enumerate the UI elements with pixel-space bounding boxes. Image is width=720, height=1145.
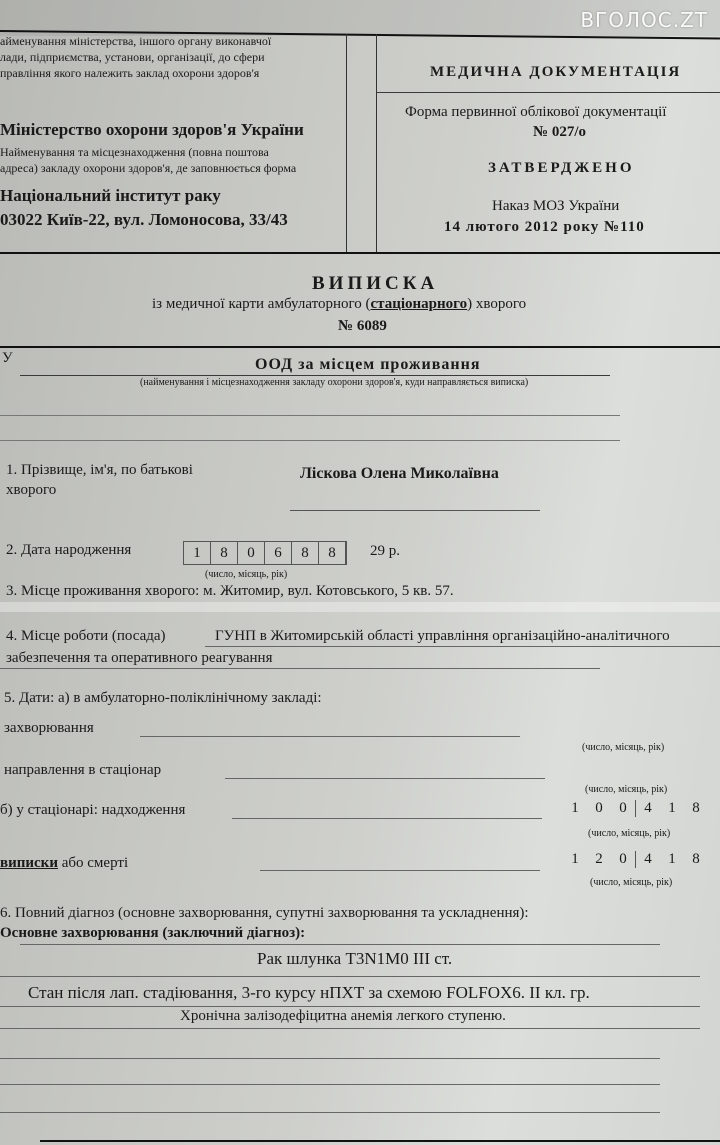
recipient-caption: (найменування і місцезнаходження закладу… [140, 377, 528, 388]
dob-digit: 8 [211, 542, 238, 564]
residence-label: 3. Місце проживання хворого: [6, 583, 199, 599]
form-label: Форма первинної облікової документації [405, 104, 666, 121]
blank-line-4 [0, 1084, 660, 1085]
dob-label-text: 2. Дата народження [6, 542, 131, 558]
header-right-rule [376, 92, 720, 93]
dob-label: 2. Дата народження [6, 542, 131, 559]
ministry-caption-line-3: правління якого належить заклад охорони … [0, 66, 259, 81]
diagnosis-text-1: Рак шлунка T3N1M0 III ст. [257, 949, 452, 969]
medical-documentation-title: МЕДИЧНА ДОКУМЕНТАЦІЯ [430, 64, 681, 81]
discharge-label-bold: виписки [0, 855, 58, 871]
ministry-caption-line-1: айменування міністерства, іншого органу … [0, 34, 271, 49]
illness-caption: (число, місяць, рік) [582, 742, 664, 753]
header-divider-right [376, 34, 377, 254]
discharge-caption: (число, місяць, рік) [590, 877, 672, 888]
admission-digit: 0 [611, 800, 636, 817]
referral-caption: (число, місяць, рік) [585, 784, 667, 795]
dob-digit: 6 [265, 542, 292, 564]
document-subtitle: із медичної карти амбулаторного (стаціон… [152, 296, 526, 313]
work-value-line-2: забезпечення та оперативного реагування [6, 650, 272, 667]
discharge-label-rest: або смерті [58, 855, 128, 871]
patient-age: 29 р. [370, 543, 400, 560]
admission-digit: 0 [587, 800, 611, 817]
diagnosis-line-2 [0, 1006, 700, 1007]
document-number: № 6089 [338, 318, 387, 335]
dob-digit: 8 [319, 542, 346, 564]
paper-fold [0, 602, 720, 612]
discharge-label: виписки або смерті [0, 855, 128, 872]
discharge-digit: 1 [660, 851, 684, 868]
illness-underline [140, 736, 520, 737]
subtitle-inpatient: стаціонарного [371, 296, 468, 312]
referral-label: направлення в стаціонар [4, 762, 161, 779]
page-bottom-border [40, 1140, 720, 1142]
work-label: 4. Місце роботи (посада) [6, 628, 166, 645]
recipient-value: ООД за місцем проживання [255, 356, 480, 374]
admission-digits: 1 0 0 4 1 8 [563, 800, 708, 817]
subtitle-suffix: ) хворого [467, 296, 526, 312]
dob-digits: 1 8 0 6 8 8 [183, 541, 347, 565]
patient-name: Ліскова Олена Миколаївна [300, 465, 499, 483]
discharge-underline [260, 870, 540, 871]
diagnosis-text-3: Хронічна залізодефіцитна анемія легкого … [180, 1008, 506, 1025]
recipient-top-border [0, 346, 720, 348]
facility-caption-line-1: Найменування та місцезнаходження (повна … [0, 145, 269, 160]
header-divider-left [346, 34, 347, 254]
dob-digit: 8 [292, 542, 319, 564]
form-number: № 027/о [533, 124, 586, 141]
recipient-underline [20, 375, 610, 376]
ministry-caption-line-2: лади, підприємства, установи, організаці… [0, 50, 265, 65]
discharge-digit: 0 [611, 851, 636, 868]
discharge-digits: 1 2 0 4 1 8 [563, 851, 708, 868]
admission-digit: 1 [660, 800, 684, 817]
blank-line-5 [0, 1112, 660, 1113]
order-date: 14 лютого 2012 року №110 [444, 219, 645, 236]
name-label-line-2: хворого [6, 482, 56, 499]
discharge-digit: 1 [563, 851, 587, 868]
recipient-prefix: У [2, 350, 13, 367]
facility-name: Національний інститут раку [0, 186, 221, 206]
blank-line-1 [0, 415, 620, 416]
admission-digit: 4 [636, 800, 660, 817]
referral-underline [225, 778, 545, 779]
facility-caption-line-2: адреса) закладу охорони здоров'я, де зап… [0, 161, 296, 176]
work-underline-2 [0, 668, 600, 669]
header-bottom-border [0, 252, 720, 254]
residence-row: 3. Місце проживання хворого: м. Житомир,… [6, 583, 454, 600]
discharge-digit: 8 [684, 851, 708, 868]
main-disease-label: Основне захворювання (заключний діагноз)… [0, 925, 305, 942]
admission-digit: 1 [563, 800, 587, 817]
watermark-logo: ВГОЛОС.ZT [580, 8, 708, 32]
diagnosis-text-2: Стан після лап. стадіювання, 3-го курсу … [28, 983, 590, 1003]
illness-label: захворювання [4, 720, 94, 737]
approved-label: ЗАТВЕРДЖЕНО [488, 160, 635, 177]
blank-line-3 [0, 1058, 660, 1059]
subtitle-prefix: із медичної карти амбулаторного ( [152, 296, 371, 312]
dob-digit: 0 [238, 542, 265, 564]
order-label: Наказ МОЗ України [492, 198, 619, 215]
dob-caption: (число, місяць, рік) [205, 569, 287, 580]
discharge-digit: 4 [636, 851, 660, 868]
blank-line-2 [0, 440, 620, 441]
work-value-line-1: ГУНП в Житомирській області управління о… [215, 628, 670, 645]
admission-underline [232, 818, 542, 819]
document-title: ВИПИСКА [312, 273, 438, 295]
name-underline [290, 510, 540, 511]
ministry-name: Міністерство охорони здоров'я України [0, 120, 304, 140]
diagnosis-line-3 [0, 1028, 700, 1029]
diagnosis-line-0 [20, 944, 660, 945]
dob-digit: 1 [184, 542, 211, 564]
facility-address: 03022 Київ-22, вул. Ломоносова, 33/43 [0, 210, 288, 230]
name-label-line-1: 1. Прізвище, ім'я, по батькові [6, 462, 193, 479]
admission-digit: 8 [684, 800, 708, 817]
residence-value: м. Житомир, вул. Котовського, 5 кв. 57. [203, 583, 454, 599]
work-underline-1 [205, 646, 720, 647]
discharge-digit: 2 [587, 851, 611, 868]
admission-caption: (число, місяць, рік) [588, 828, 670, 839]
diagnosis-line-1 [0, 976, 700, 977]
admission-label: б) у стаціонарі: надходження [0, 802, 185, 819]
dates-label: 5. Дати: а) в амбулаторно-поліклінічному… [4, 690, 322, 707]
diagnosis-label: 6. Повний діагноз (основне захворювання,… [0, 905, 529, 922]
